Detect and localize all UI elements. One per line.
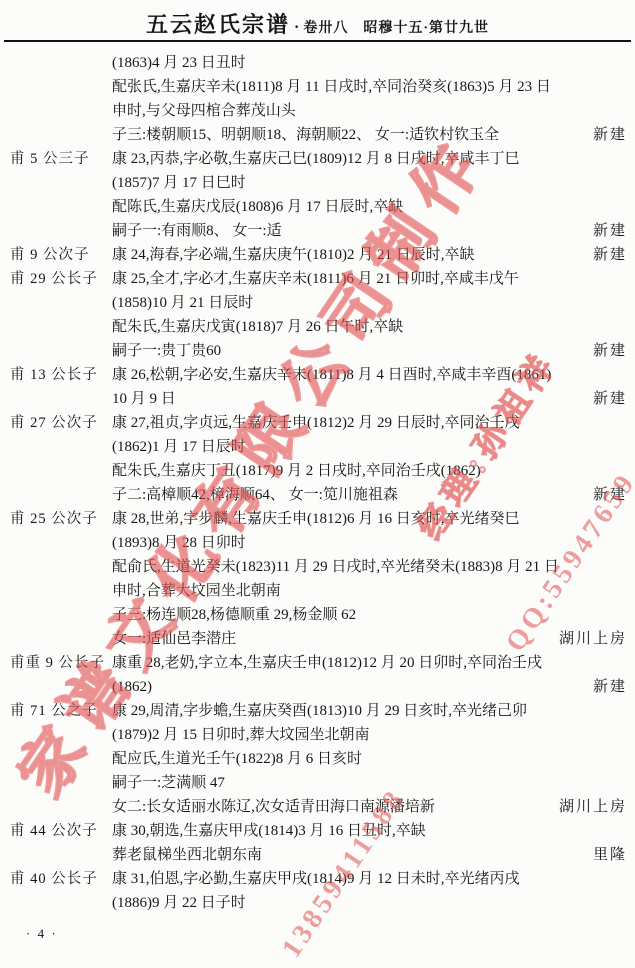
entry-label: 甫 71 公之子	[10, 699, 98, 723]
entry-line: 10 月 9 日新建	[0, 387, 635, 411]
entry-line: 葬老鼠梯坐西北朝东南里隆	[0, 843, 635, 867]
entry-line: 申时,合葬大坟园坐北朝南	[0, 579, 635, 603]
entry-text: (1886)9 月 22 日子时	[112, 895, 246, 911]
entry-label: 甫 29 公长子	[10, 267, 98, 291]
entry-line: (1857)7 月 17 日巳时	[0, 171, 635, 195]
entry-line: 甫 71 公之子康 29,周清,字步蟾,生嘉庆癸酉(1813)10 月 29 日…	[0, 699, 635, 723]
entry-annotation: 新建	[593, 483, 627, 507]
entry-label: 甫 44 公次子	[10, 819, 98, 843]
entry-annotation: 湖川上房	[559, 795, 627, 819]
entry-line: 女二:长女适丽水陈辽,次女适青田海口南源潘培新湖川上房	[0, 795, 635, 819]
entry-label: 甫 40 公长子	[10, 867, 98, 891]
entry-line: (1863)4 月 23 日丑时	[0, 51, 635, 75]
entry-text: (1879)2 月 15 日卯时,葬大坟园坐北朝南	[112, 727, 370, 743]
entry-text: 康 31,伯恩,字必勤,生嘉庆甲戌(1814)9 月 12 日未时,卒光绪丙戌	[112, 871, 520, 887]
entry-text: (1862)1 月 17 日辰时	[112, 439, 246, 455]
entry-line: 申时,与父母四棺合葬茂山头	[0, 99, 635, 123]
entry-text: (1893)8 月 28 日卯时	[112, 535, 246, 551]
entry-text: 配陈氏,生嘉庆戊辰(1808)6 月 17 日辰时,卒缺	[112, 199, 403, 215]
entry-line: (1862)1 月 17 日辰时	[0, 435, 635, 459]
entry-annotation: 里隆	[593, 843, 627, 867]
entry-annotation: 新建	[593, 123, 627, 147]
entry-line: 配朱氏,生嘉庆戊寅(1818)7 月 26 日午时,卒缺	[0, 315, 635, 339]
entry-annotation: 新建	[593, 387, 627, 411]
entry-line: 配朱氏,生嘉庆丁丑(1817)9 月 2 日戌时,卒同治壬戌(1862)	[0, 459, 635, 483]
entry-line: 配俞氏,生道光癸未(1823)11 月 29 日戌时,卒光绪癸未(1883)8 …	[0, 555, 635, 579]
entry-annotation: 新建	[593, 675, 627, 699]
entry-text: 女一:适仙邑李潜庄	[112, 631, 236, 647]
entry-label: 甫 9 公次子	[10, 243, 90, 267]
entry-line: (1886)9 月 22 日子时	[0, 891, 635, 915]
entry-text: 申时,合葬大坟园坐北朝南	[112, 583, 281, 599]
entry-line: 配应氏,生道光壬午(1822)8 月 6 日亥时	[0, 747, 635, 771]
entry-line: 子三:杨连顺28,杨德顺重 29,杨金顺 62	[0, 603, 635, 627]
entry-text: 康 29,周清,字步蟾,生嘉庆癸酉(1813)10 月 29 日亥时,卒光绪己卯	[112, 703, 527, 719]
entry-line: 配张氏,生嘉庆辛未(1811)8 月 11 日戌时,卒同治癸亥(1863)5 月…	[0, 75, 635, 99]
page-header: 五云赵氏宗谱·卷卅八 昭穆十五·第廿九世	[0, 8, 635, 39]
entry-text: 子二:高樟顺42,樟海顺64、 女一:笕川施祖森	[112, 487, 398, 503]
entry-text: 康 25,全才,字必才,生嘉庆辛未(1811)6 月 21 日卯时,卒咸丰戊午	[112, 271, 519, 287]
entry-text: 康重 28,老奶,字立本,生嘉庆壬申(1812)12 月 20 日卯时,卒同治壬…	[112, 655, 542, 671]
entry-line: 甫 13 公长子康 26,松朝,字必安,生嘉庆辛未(1811)8 月 4 日酉时…	[0, 363, 635, 387]
entry-line: 甫重 9 公长子康重 28,老奶,字立本,生嘉庆壬申(1812)12 月 20 …	[0, 651, 635, 675]
genealogy-page: 五云赵氏宗谱·卷卅八 昭穆十五·第廿九世 (1863)4 月 23 日丑时配张氏…	[0, 0, 635, 968]
entry-line: 子二:高樟顺42,樟海顺64、 女一:笕川施祖森新建	[0, 483, 635, 507]
entry-text: 配朱氏,生嘉庆戊寅(1818)7 月 26 日午时,卒缺	[112, 319, 403, 335]
entry-line: 甫 5 公三子康 23,丙恭,字必敬,生嘉庆己巳(1809)12 月 8 日戌时…	[0, 147, 635, 171]
entry-annotation: 湖川上房	[559, 627, 627, 651]
entry-annotation: 新建	[593, 243, 627, 267]
entry-text: 配俞氏,生道光癸未(1823)11 月 29 日戌时,卒光绪癸未(1883)8 …	[112, 559, 559, 575]
entry-text: (1863)4 月 23 日丑时	[112, 55, 246, 71]
entry-line: (1879)2 月 15 日卯时,葬大坟园坐北朝南	[0, 723, 635, 747]
entry-line: 嗣子一:芝满顺 47	[0, 771, 635, 795]
entry-text: 嗣子一:芝满顺 47	[112, 775, 225, 791]
entries: (1863)4 月 23 日丑时配张氏,生嘉庆辛未(1811)8 月 11 日戌…	[0, 51, 635, 915]
title-separator: ·	[294, 19, 299, 36]
entry-text: 10 月 9 日	[112, 391, 176, 407]
entry-line: 子三:楼朝顺15、明朝顺18、海朝顺22、 女一:适钦村钦玉全新建	[0, 123, 635, 147]
entry-text: 子三:楼朝顺15、明朝顺18、海朝顺22、 女一:适钦村钦玉全	[112, 127, 499, 143]
entry-text: 康 23,丙恭,字必敬,生嘉庆己巳(1809)12 月 8 日戌时,卒咸丰丁巳	[112, 151, 520, 167]
entry-text: 嗣子一:有雨顺8、 女一:适	[112, 223, 282, 239]
entry-text: 子三:杨连顺28,杨德顺重 29,杨金顺 62	[112, 607, 356, 623]
entry-text: 嗣子一:贵丁贵60	[112, 343, 221, 359]
entry-label: 甫 13 公长子	[10, 363, 98, 387]
entry-text: 配张氏,生嘉庆辛未(1811)8 月 11 日戌时,卒同治癸亥(1863)5 月…	[112, 79, 551, 95]
entry-line: 甫 9 公次子康 24,海春,字必端,生嘉庆庚午(1810)2 月 21 日辰时…	[0, 243, 635, 267]
entry-line: 嗣子一:有雨顺8、 女一:适新建	[0, 219, 635, 243]
entry-line: 嗣子一:贵丁贵60新建	[0, 339, 635, 363]
entry-line: 配陈氏,生嘉庆戊辰(1808)6 月 17 日辰时,卒缺	[0, 195, 635, 219]
entry-line: 甫 40 公长子康 31,伯恩,字必勤,生嘉庆甲戌(1814)9 月 12 日未…	[0, 867, 635, 891]
entry-text: 葬老鼠梯坐西北朝东南	[112, 847, 262, 863]
entry-text: (1858)10 月 21 日辰时	[112, 295, 253, 311]
entry-text: (1862)	[112, 679, 152, 695]
entry-line: (1858)10 月 21 日辰时	[0, 291, 635, 315]
entry-annotation: 新建	[593, 339, 627, 363]
entry-label: 甫 25 公次子	[10, 507, 98, 531]
entry-label: 甫 27 公次子	[10, 411, 98, 435]
entry-line: 女一:适仙邑李潜庄湖川上房	[0, 627, 635, 651]
entry-text: 康 24,海春,字必端,生嘉庆庚午(1810)2 月 21 日辰时,卒缺	[112, 247, 475, 263]
entry-label: 甫 5 公三子	[10, 147, 90, 171]
entry-text: 康 28,世弟,字步麟,生嘉庆壬申(1812)6 月 16 日亥时,卒光绪癸巳	[112, 511, 520, 527]
entry-text: 配朱氏,生嘉庆丁丑(1817)9 月 2 日戌时,卒同治壬戌(1862)	[112, 463, 481, 479]
entry-text: 康 27,祖贞,字贞远,生嘉庆壬申(1812)2 月 29 日辰时,卒同治壬戌	[112, 415, 520, 431]
entry-text: (1857)7 月 17 日巳时	[112, 175, 246, 191]
header-rule	[4, 40, 631, 42]
entry-text: 康 26,松朝,字必安,生嘉庆辛未(1811)8 月 4 日酉时,卒咸丰辛酉(1…	[112, 367, 551, 383]
entry-line: 甫 27 公次子康 27,祖贞,字贞远,生嘉庆壬申(1812)2 月 29 日辰…	[0, 411, 635, 435]
entry-text: 申时,与父母四棺合葬茂山头	[112, 103, 296, 119]
entry-line: 甫 44 公次子康 30,朝选,生嘉庆甲戌(1814)3 月 16 日丑时,卒缺	[0, 819, 635, 843]
entry-label: 甫重 9 公长子	[10, 651, 105, 675]
entry-text: 女二:长女适丽水陈辽,次女适青田海口南源潘培新	[112, 799, 435, 815]
entry-text: 康 30,朝选,生嘉庆甲戌(1814)3 月 16 日丑时,卒缺	[112, 823, 426, 839]
entry-line: (1862)新建	[0, 675, 635, 699]
page-number: · 4 ·	[26, 926, 58, 942]
entry-text: 配应氏,生道光壬午(1822)8 月 6 日亥时	[112, 751, 362, 767]
entry-line: (1893)8 月 28 日卯时	[0, 531, 635, 555]
book-title: 五云赵氏宗谱	[146, 12, 290, 37]
entry-line: 甫 25 公次子康 28,世弟,字步麟,生嘉庆壬申(1812)6 月 16 日亥…	[0, 507, 635, 531]
volume-subtitle: 卷卅八 昭穆十五·第廿九世	[303, 21, 489, 36]
entry-annotation: 新建	[593, 219, 627, 243]
entry-line: 甫 29 公长子康 25,全才,字必才,生嘉庆辛未(1811)6 月 21 日卯…	[0, 267, 635, 291]
